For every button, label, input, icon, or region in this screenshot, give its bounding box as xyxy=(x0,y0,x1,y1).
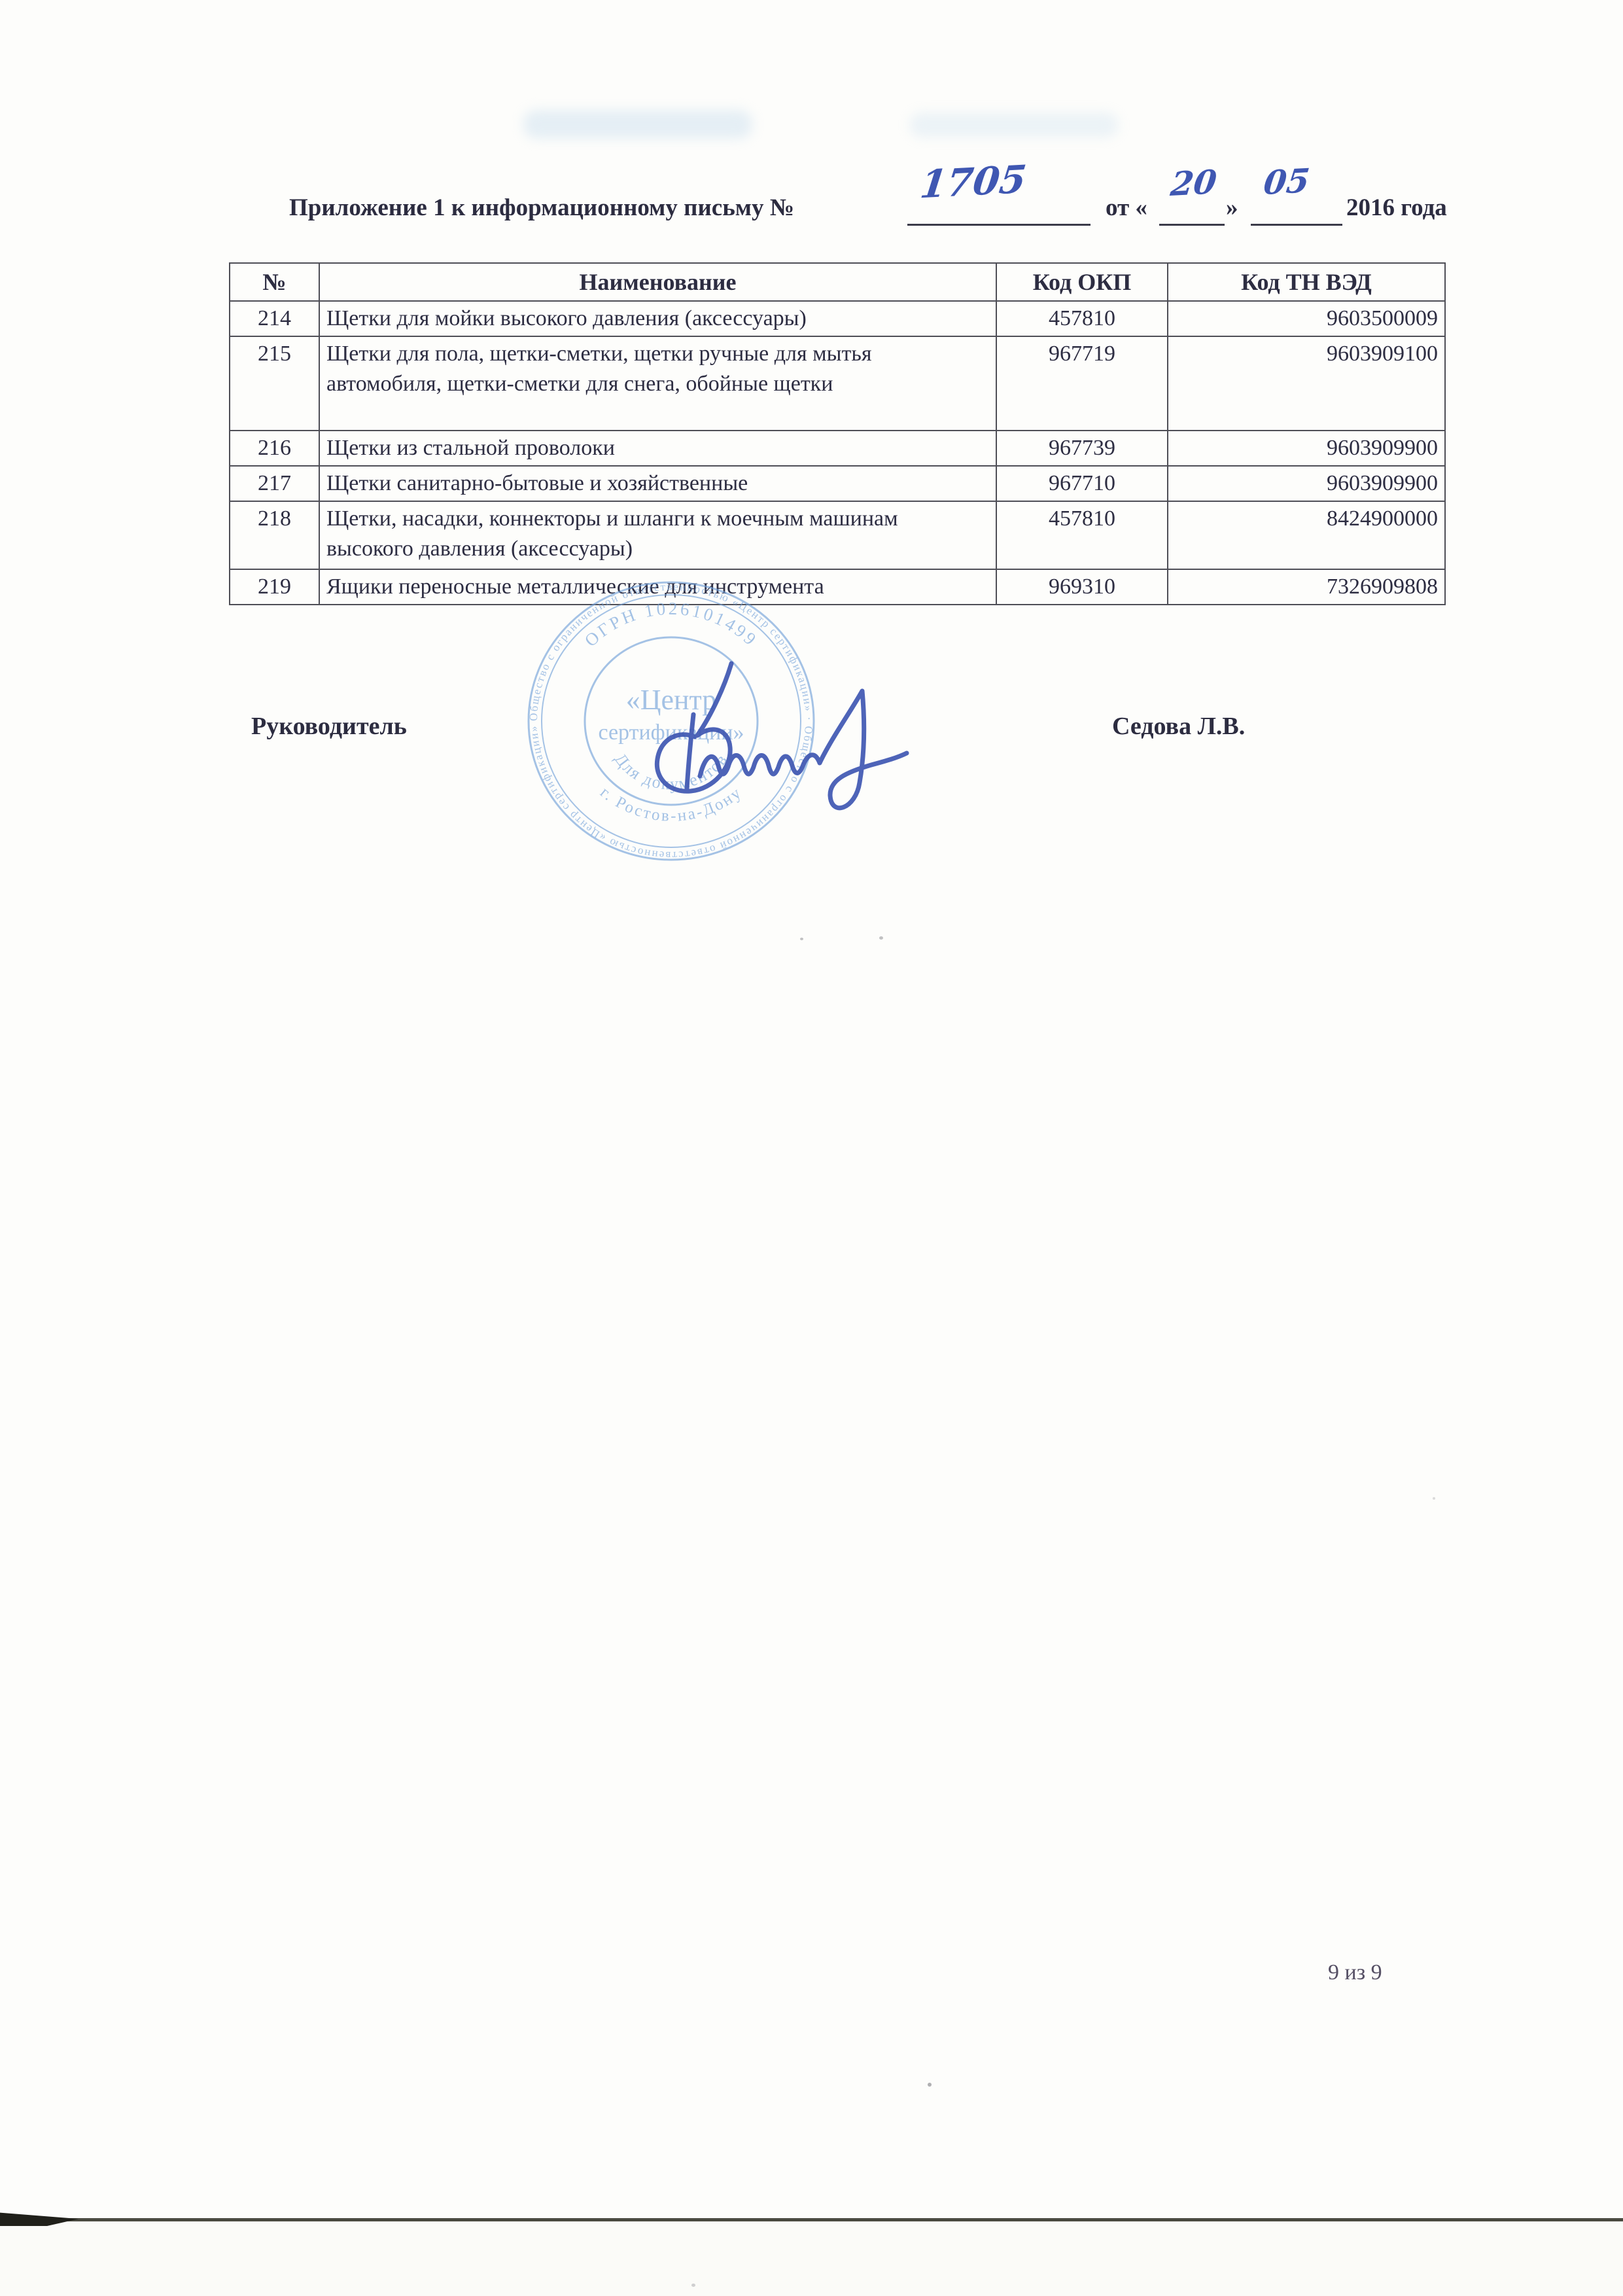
cell-tnved: 7326909808 xyxy=(1168,569,1445,605)
signature-stroke xyxy=(820,691,907,808)
table-row: 216 Щетки из стальной проволоки 967739 9… xyxy=(230,431,1445,466)
table-row: 218 Щетки, насадки, коннекторы и шланги … xyxy=(230,501,1445,569)
page-number: 9 из 9 xyxy=(1328,1960,1382,1985)
table-header-row: № Наименование Код ОКП Код ТН ВЭД xyxy=(230,263,1445,301)
codes-table: № Наименование Код ОКП Код ТН ВЭД 214 Ще… xyxy=(229,262,1446,605)
header-name: Наименование xyxy=(319,263,996,301)
signature-stroke xyxy=(657,730,730,791)
cell-name: Щетки, насадки, коннекторы и шланги к мо… xyxy=(319,501,996,569)
cell-num: 214 xyxy=(230,301,319,336)
scan-speck xyxy=(928,2083,932,2087)
table-row: 214 Щетки для мойки высокого давления (а… xyxy=(230,301,1445,336)
bleedthrough-smudge xyxy=(523,110,752,139)
cell-tnved: 9603909100 xyxy=(1168,336,1445,431)
scan-speck xyxy=(691,2284,695,2287)
header-okp: Код ОКП xyxy=(996,263,1168,301)
title-year-suffix: 2016 года xyxy=(1346,194,1447,222)
cell-num: 215 xyxy=(230,336,319,431)
header-num: № xyxy=(230,263,319,301)
document-title: Приложение 1 к информационному письму № … xyxy=(289,194,1480,239)
signature-stroke xyxy=(687,715,693,789)
scan-speck xyxy=(879,936,883,940)
title-quote-close: » xyxy=(1226,194,1238,222)
role-label: Руководитель xyxy=(251,712,407,741)
cell-name: Щетки для пола, щетки-сметки, щетки ручн… xyxy=(319,336,996,431)
cell-okp: 457810 xyxy=(996,501,1168,569)
cell-num: 218 xyxy=(230,501,319,569)
table-row: 215 Щетки для пола, щетки-сметки, щетки … xyxy=(230,336,1445,431)
title-prefix: Приложение 1 к информационному письму № xyxy=(289,194,794,222)
signature-stroke xyxy=(697,663,731,735)
cell-tnved: 9603909900 xyxy=(1168,466,1445,501)
cell-num: 216 xyxy=(230,431,319,466)
handwritten-letter-number: 1705 xyxy=(918,157,1029,207)
table-row: 219 Ящики переносные металлические для и… xyxy=(230,569,1445,605)
bleedthrough-smudge xyxy=(909,113,1119,137)
cell-tnved: 9603909900 xyxy=(1168,431,1445,466)
cell-name: Щетки из стальной проволоки xyxy=(319,431,996,466)
scanned-page: Приложение 1 к информационному письму № … xyxy=(0,0,1623,2219)
handwritten-month: 05 xyxy=(1261,161,1312,202)
signer-name: Седова Л.В. xyxy=(1112,712,1245,741)
cell-tnved: 9603500009 xyxy=(1168,301,1445,336)
header-tnved: Код ТН ВЭД xyxy=(1168,263,1445,301)
cell-okp: 457810 xyxy=(996,301,1168,336)
cell-okp: 969310 xyxy=(996,569,1168,605)
table-row: 217 Щетки санитарно-бытовые и хозяйствен… xyxy=(230,466,1445,501)
signature-stroke xyxy=(700,755,820,776)
scanner-background xyxy=(0,2221,1623,2296)
cell-num: 217 xyxy=(230,466,319,501)
cell-okp: 967739 xyxy=(996,431,1168,466)
cell-okp: 967719 xyxy=(996,336,1168,431)
title-ot-label: от « xyxy=(1106,194,1147,222)
cell-name: Щетки санитарно-бытовые и хозяйственные xyxy=(319,466,996,501)
paper-bottom-edge xyxy=(0,2218,1623,2221)
cell-num: 219 xyxy=(230,569,319,605)
handwritten-day: 20 xyxy=(1168,162,1219,203)
scan-speck xyxy=(1433,1497,1435,1500)
cell-name: Щетки для мойки высокого давления (аксес… xyxy=(319,301,996,336)
cell-okp: 967710 xyxy=(996,466,1168,501)
scan-speck xyxy=(800,938,803,940)
cell-tnved: 8424900000 xyxy=(1168,501,1445,569)
signature-ink xyxy=(615,654,929,824)
